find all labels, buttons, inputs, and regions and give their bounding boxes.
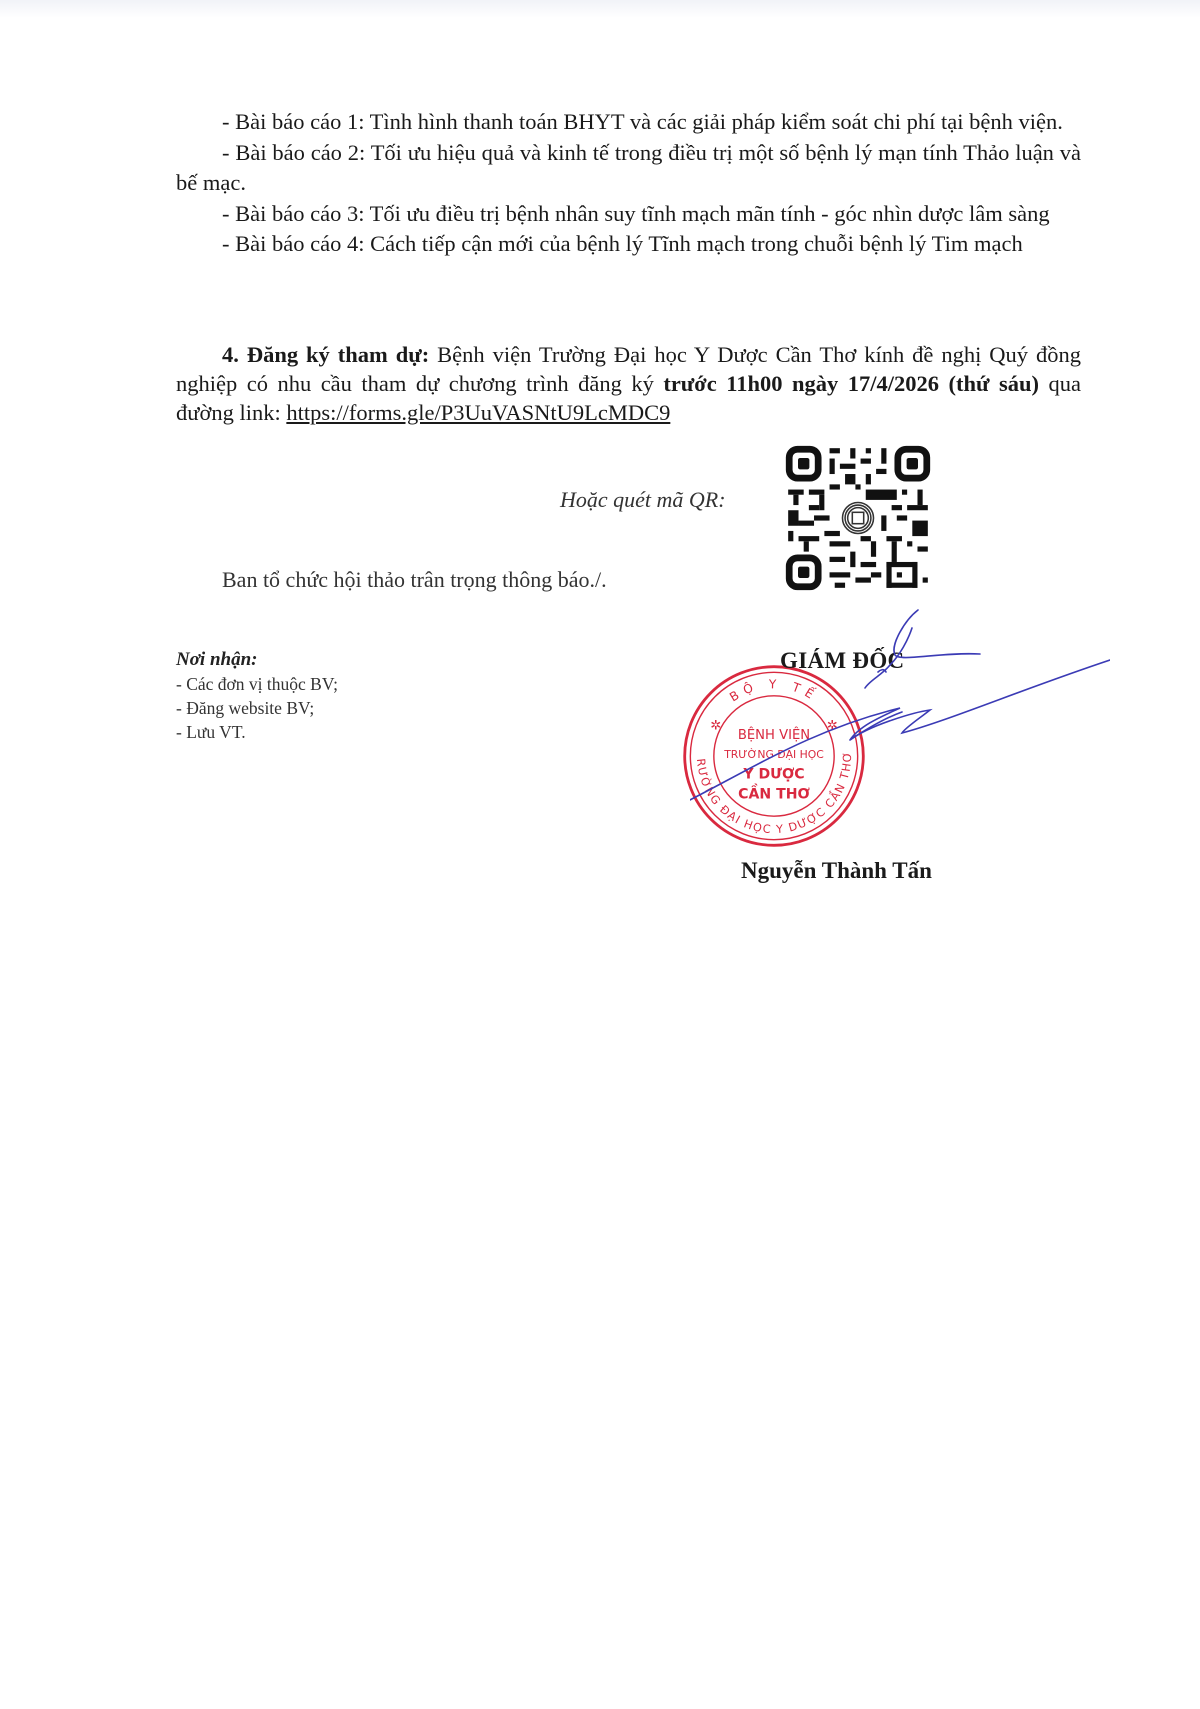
qr-label: Hoặc quét mã QR: bbox=[560, 487, 726, 513]
recipient-item: - Các đơn vị thuộc BV; bbox=[176, 672, 338, 696]
registration-section: 4. Đăng ký tham dự: Bệnh viện Trường Đại… bbox=[176, 340, 1081, 427]
report-item: - Bài báo cáo 2: Tối ưu hiệu quả và kinh… bbox=[176, 138, 1081, 199]
report-item: - Bài báo cáo 1: Tình hình thanh toán BH… bbox=[176, 107, 1081, 138]
recipient-item: - Lưu VT. bbox=[176, 720, 338, 744]
document-page: - Bài báo cáo 1: Tình hình thanh toán BH… bbox=[0, 0, 1200, 1709]
recipient-item: - Đăng website BV; bbox=[176, 696, 338, 720]
report-list: - Bài báo cáo 1: Tình hình thanh toán BH… bbox=[176, 107, 1081, 260]
registration-link[interactable]: https://forms.gle/P3UuVASNtU9LcMDC9 bbox=[286, 400, 670, 425]
closing-statement: Ban tổ chức hội thảo trân trọng thông bá… bbox=[222, 567, 607, 593]
handwritten-signature-icon bbox=[690, 600, 1110, 840]
report-item: - Bài báo cáo 3: Tối ưu điều trị bệnh nh… bbox=[176, 199, 1081, 230]
recipients-title: Nơi nhận: bbox=[176, 648, 338, 672]
recipients-block: Nơi nhận: - Các đơn vị thuộc BV; - Đăng … bbox=[176, 648, 338, 744]
scan-artifact bbox=[0, 0, 1200, 18]
report-item: - Bài báo cáo 4: Cách tiếp cận mới của b… bbox=[176, 229, 1081, 260]
signatory-name: Nguyễn Thành Tấn bbox=[741, 858, 932, 884]
registration-heading: 4. Đăng ký tham dự: bbox=[222, 342, 429, 367]
qr-code-icon[interactable] bbox=[783, 443, 933, 593]
registration-deadline: trước 11h00 ngày 17/4/2026 (thứ sáu) bbox=[663, 371, 1039, 396]
